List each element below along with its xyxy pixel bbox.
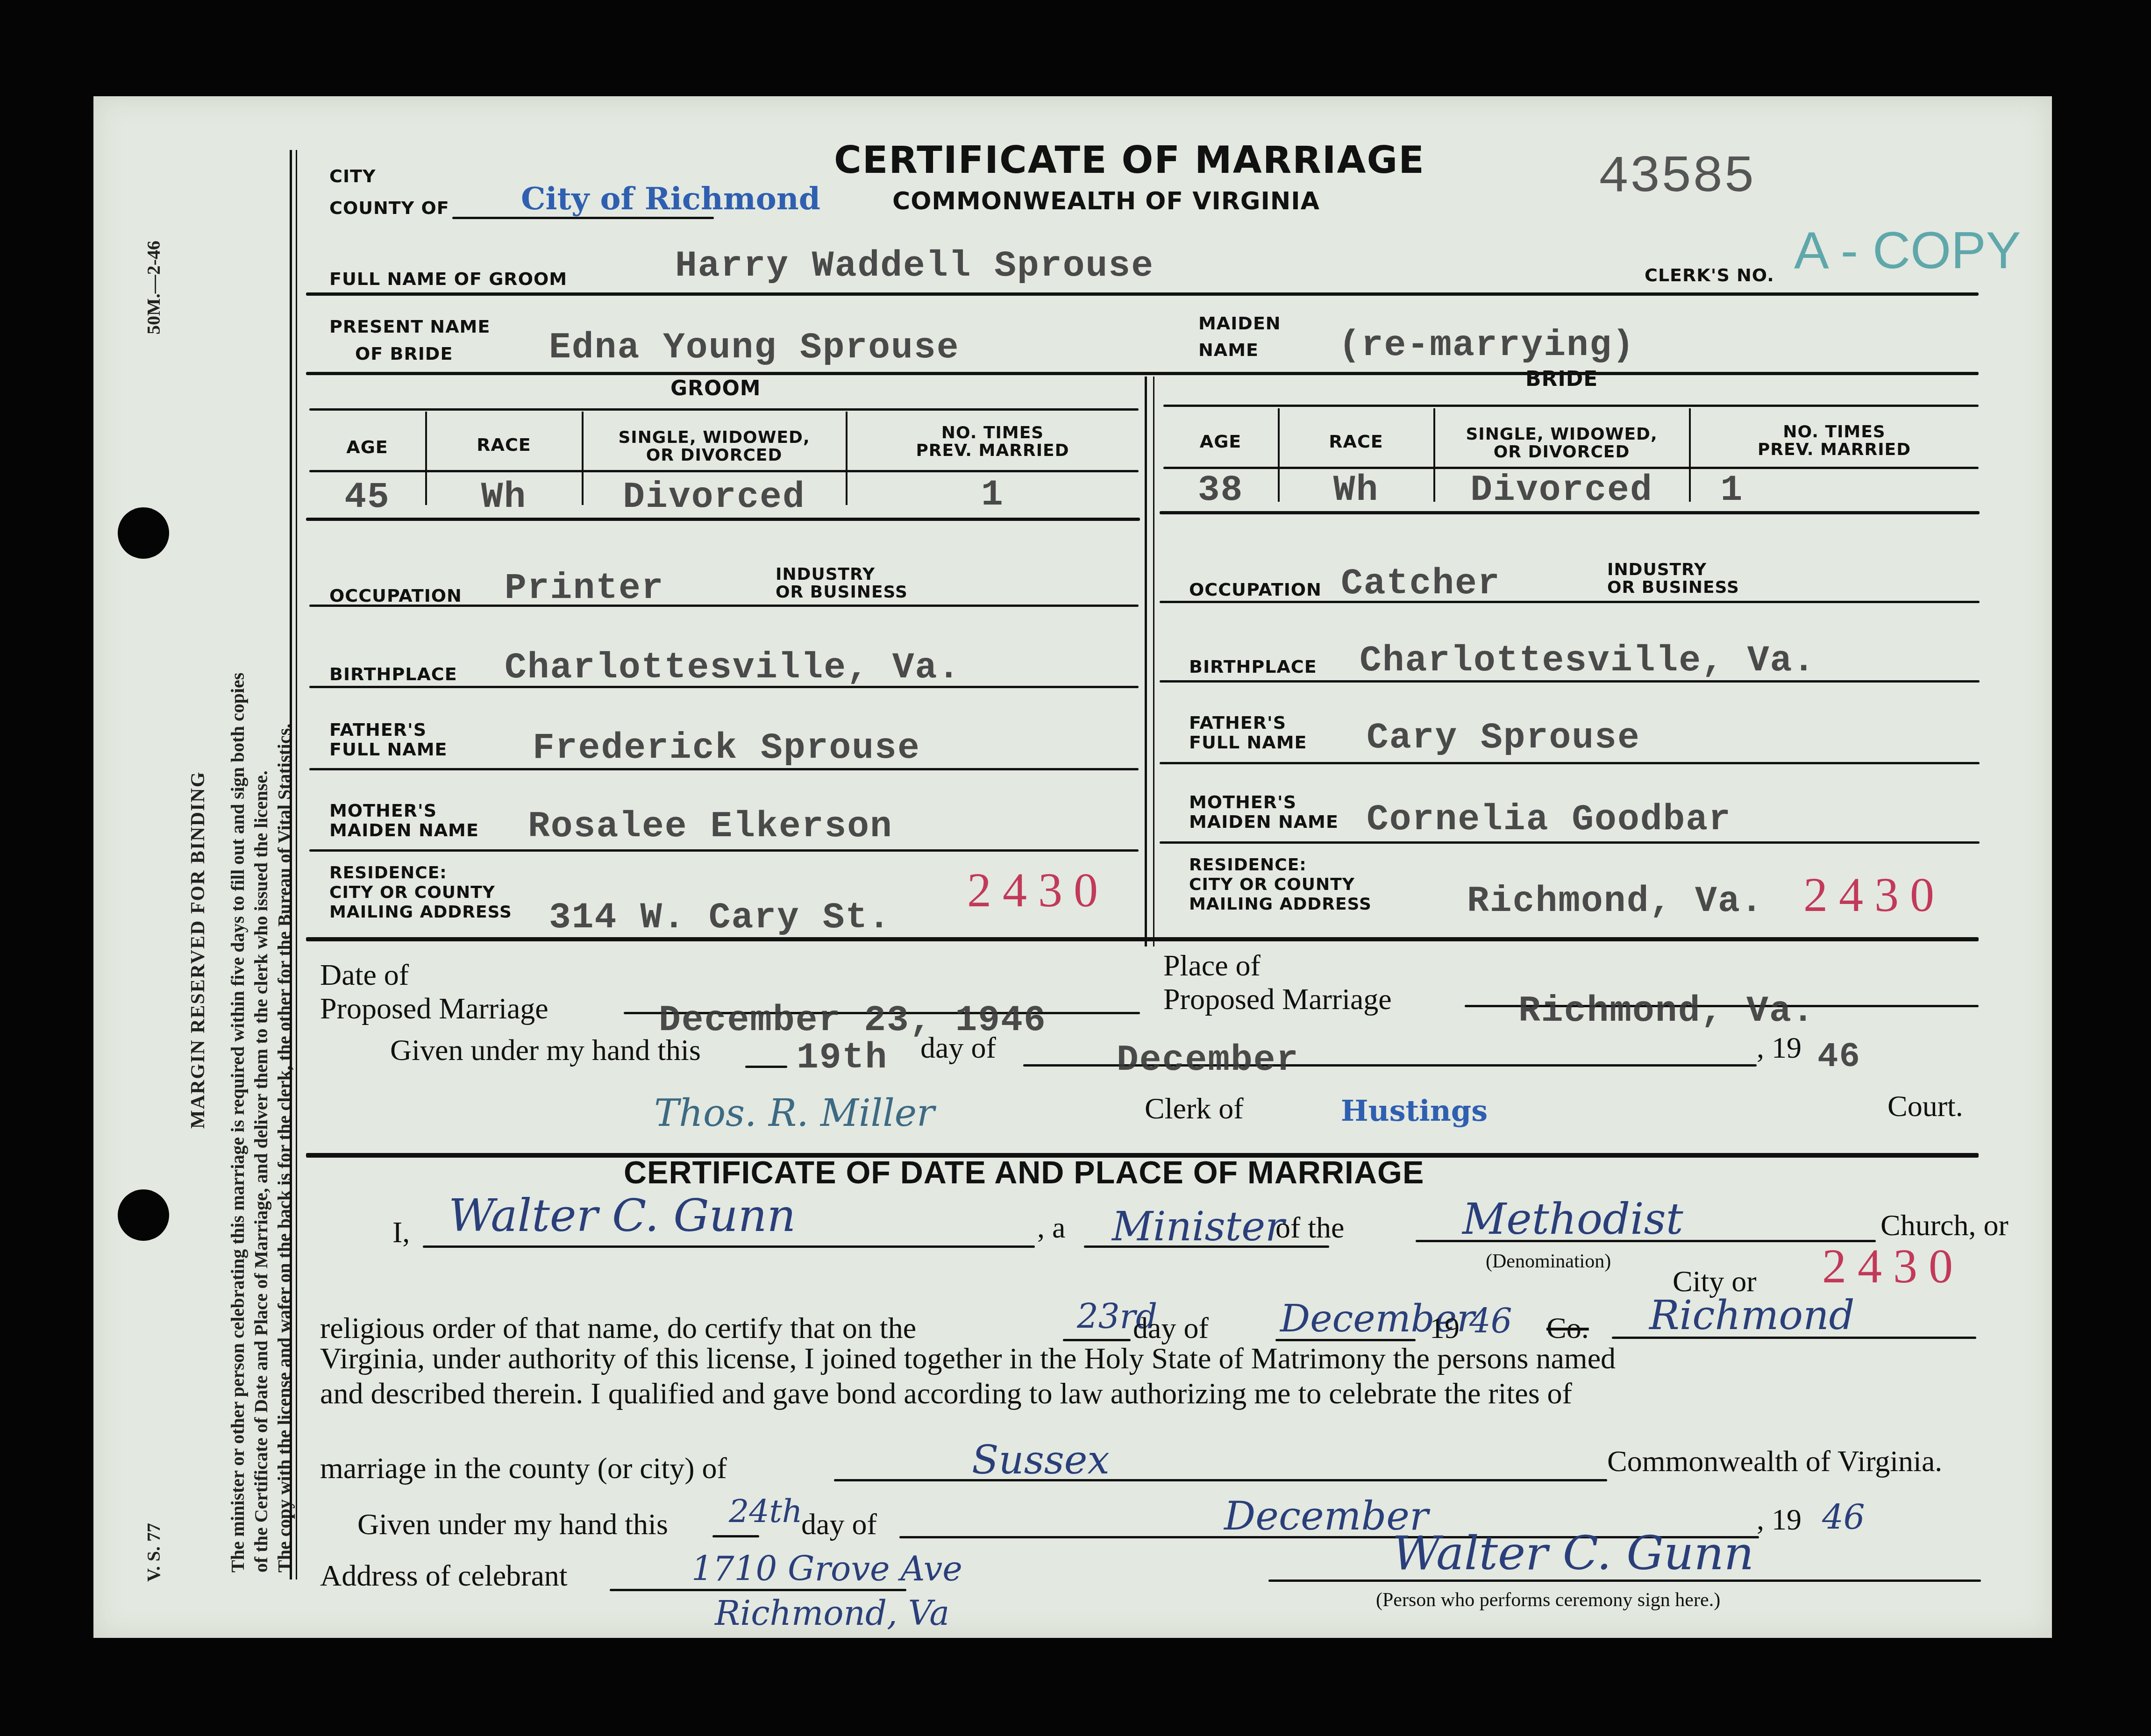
certificate-stamp: 2430 xyxy=(1822,1238,1964,1294)
groom-father-label: FATHER'SFULL NAME xyxy=(329,720,447,759)
groom-race: Wh xyxy=(426,477,582,518)
cert-given-day: 24th xyxy=(729,1493,803,1530)
of-the-label: of the xyxy=(1275,1210,1345,1245)
denomination-label: (Denomination) xyxy=(1486,1250,1611,1273)
binding-note: MARGIN RESERVED FOR BINDING xyxy=(187,771,209,1129)
sign-here-label: (Person who performs ceremony sign here.… xyxy=(1376,1589,1720,1611)
county-underline xyxy=(452,217,714,219)
mother-line2: MAIDEN NAME xyxy=(1189,812,1339,832)
address-label: Address of celebrant xyxy=(320,1558,568,1593)
cert-year-prefix: 19 xyxy=(1430,1311,1460,1345)
groom-mother: Rosalee Elkerson xyxy=(528,806,893,847)
bride-occupation: Catcher xyxy=(1341,563,1501,605)
margin-instruction-1: The minister or other person celebrating… xyxy=(227,673,249,1572)
status-header-line2: OR DIVORCED xyxy=(583,447,846,464)
mother-line1: MOTHER'S xyxy=(1189,792,1339,812)
groom-race-header: RACE xyxy=(426,435,582,455)
form-code: 50M.—2-46 xyxy=(142,241,164,334)
county-label: COUNTY OF xyxy=(329,198,449,218)
cert-given-day-of: day of xyxy=(801,1507,877,1542)
father-line2: FULL NAME xyxy=(329,740,447,759)
date-label-line1: Date of xyxy=(320,958,548,992)
groom-table-top xyxy=(309,408,1139,411)
cert-given-year: 46 xyxy=(1822,1498,1865,1537)
groom-times: 1 xyxy=(847,475,1139,516)
date-label-line2: Proposed Marriage xyxy=(320,992,548,1025)
groom-birthplace-label: BIRTHPLACE xyxy=(329,664,457,684)
bride-birthplace: Charlottesville, Va. xyxy=(1360,640,1816,682)
certify-text: religious order of that name, do certify… xyxy=(320,1311,916,1345)
residence-underline xyxy=(306,937,1979,941)
bride-age: 38 xyxy=(1163,470,1278,511)
groom-name-label: FULL NAME OF GROOM xyxy=(329,269,567,289)
county-text: marriage in the county (or city) of xyxy=(320,1451,727,1486)
license-day-underline xyxy=(745,1066,787,1068)
clerk-of-label: Clerk of xyxy=(1145,1091,1244,1126)
groom-mother-label: MOTHER'SMAIDEN NAME xyxy=(329,801,479,840)
copy-stamp: A - COPY xyxy=(1794,220,2021,280)
bride-mother-label: MOTHER'SMAIDEN NAME xyxy=(1189,792,1339,832)
status-header-line1: SINGLE, WIDOWED, xyxy=(583,429,846,447)
groom-father-underline xyxy=(309,768,1139,770)
i-label: I, xyxy=(392,1215,410,1250)
cert-given-day-underline xyxy=(712,1535,759,1537)
bride-father-label: FATHER'SFULL NAME xyxy=(1189,713,1307,752)
bride-name-label-1: PRESENT NAME xyxy=(329,317,490,336)
binding-hole-bottom xyxy=(118,1189,169,1241)
margin-rule-inner xyxy=(296,150,297,1579)
bride-row-underline xyxy=(1160,511,1980,514)
bride-father-underline xyxy=(1160,762,1980,764)
cert-given-year-prefix: , 19 xyxy=(1757,1502,1802,1537)
groom-bride-divider xyxy=(1145,377,1147,946)
residence-line2: CITY OR COUNTY xyxy=(1189,875,1372,895)
groom-times-header: NO. TIMESPREV. MARRIED xyxy=(847,424,1139,460)
bride-stamp: 2430 xyxy=(1803,867,1945,923)
groom-industry-label: INDUSTRYOR BUSINESS xyxy=(776,566,908,601)
industry-line1: INDUSTRY xyxy=(776,566,908,583)
groom-stamp: 2430 xyxy=(967,862,1109,918)
times-header-line1: NO. TIMES xyxy=(847,424,1139,442)
co-label: Co. xyxy=(1546,1311,1589,1345)
bride-residence: Richmond, Va. xyxy=(1467,881,1764,922)
city-label: CITY xyxy=(329,166,376,186)
bride-occupation-underline xyxy=(1160,601,1980,603)
groom-status: Divorced xyxy=(583,477,846,518)
residence-line3: MAILING ADDRESS xyxy=(329,903,512,922)
place-label: Place ofProposed Marriage xyxy=(1163,949,1392,1016)
document-title: CERTIFICATE OF MARRIAGE xyxy=(834,138,1425,182)
mother-line2: MAIDEN NAME xyxy=(329,820,479,840)
officiant-signature: Walter C. Gunn xyxy=(1392,1526,1754,1580)
license-year-prefix: , 19 xyxy=(1757,1031,1802,1065)
groom-birthplace: Charlottesville, Va. xyxy=(505,647,961,689)
maiden-value: (re-marrying) xyxy=(1339,325,1635,366)
times-header-line2: PREV. MARRIED xyxy=(847,442,1139,460)
address-line-2: Richmond, Va xyxy=(715,1594,949,1633)
certificate-page: 50M.—2-46 V. S. 77 MARGIN RESERVED FOR B… xyxy=(93,96,2052,1638)
groom-residence-label: RESIDENCE:CITY OR COUNTYMAILING ADDRESS xyxy=(329,863,512,922)
father-line1: FATHER'S xyxy=(1189,713,1307,733)
bride-table-top xyxy=(1163,405,1979,407)
cert-given-prefix: Given under my hand this xyxy=(357,1507,668,1542)
residence-line1: RESIDENCE: xyxy=(1189,855,1372,875)
bride-mother-underline xyxy=(1160,841,1980,844)
binding-hole-top xyxy=(118,507,169,559)
document-subtitle: COMMONWEALTH OF VIRGINIA xyxy=(892,187,1320,215)
place-label-line2: Proposed Marriage xyxy=(1163,982,1392,1016)
bride-age-header: AGE xyxy=(1163,432,1278,451)
certificate-number: 43585 xyxy=(1598,148,1755,207)
court-name: Hustings xyxy=(1341,1094,1488,1128)
industry-line1: INDUSTRY xyxy=(1607,561,1739,579)
times-header-line2: PREV. MARRIED xyxy=(1690,441,1979,459)
industry-line2: OR BUSINESS xyxy=(1607,579,1739,597)
clerk-no-label: CLERK'S NO. xyxy=(1645,265,1774,285)
status-header-line1: SINGLE, WIDOWED, xyxy=(1434,426,1689,443)
place-label-line1: Place of xyxy=(1163,949,1392,982)
cert-place-value: Richmond xyxy=(1649,1292,1855,1339)
groom-status-header: SINGLE, WIDOWED,OR DIVORCED xyxy=(583,429,846,464)
place-value: Richmond, Va. xyxy=(1518,991,1815,1032)
denomination-value: Methodist xyxy=(1462,1194,1683,1244)
certificate-section-title: CERTIFICATE OF DATE AND PLACE OF MARRIAG… xyxy=(624,1154,1424,1191)
bride-race-header: RACE xyxy=(1279,432,1433,451)
bride-industry-label: INDUSTRYOR BUSINESS xyxy=(1607,561,1739,597)
groom-name-underline xyxy=(306,292,1979,296)
commonwealth-label: Commonwealth of Virginia. xyxy=(1607,1444,1942,1479)
county-value: City of Richmond xyxy=(521,180,820,217)
vs-code: V. S. 77 xyxy=(142,1523,164,1582)
status-header-line2: OR DIVORCED xyxy=(1434,443,1689,461)
residence-line1: RESIDENCE: xyxy=(329,863,512,883)
license-given-prefix: Given under my hand this xyxy=(390,1033,701,1067)
certificate-stamp-number: 2430 xyxy=(1822,1239,1964,1293)
clerk-signature: Thos. R. Miller xyxy=(654,1091,934,1135)
a-label: , a xyxy=(1037,1210,1065,1245)
certify-text-3: and described therein. I qualified and g… xyxy=(320,1376,1572,1411)
bride-header-underline xyxy=(1163,467,1979,469)
church-or-label: Church, or xyxy=(1880,1208,2009,1243)
margin-rule xyxy=(290,150,292,1579)
residence-line3: MAILING ADDRESS xyxy=(1189,895,1372,914)
cert-year-value: 46 xyxy=(1469,1302,1512,1341)
cert-county-underline xyxy=(834,1479,1607,1481)
groom-name-value: Harry Waddell Sprouse xyxy=(675,246,1154,287)
officiant-underline xyxy=(423,1245,1035,1248)
bride-birthplace-label: BIRTHPLACE xyxy=(1189,657,1317,676)
father-line1: FATHER'S xyxy=(329,720,447,740)
groom-occupation-underline xyxy=(309,605,1139,607)
bride-times-header: NO. TIMESPREV. MARRIED xyxy=(1690,423,1979,459)
cert-day-of: day of xyxy=(1133,1311,1209,1345)
maiden-label-1: MAIDEN xyxy=(1198,313,1281,333)
groom-header-underline xyxy=(309,470,1139,472)
bride-times: 1 xyxy=(1690,470,1774,511)
margin-instruction-2: of the Certificate of Date and Place of … xyxy=(250,770,272,1572)
license-day-of: day of xyxy=(920,1031,996,1065)
groom-birthplace-underline xyxy=(309,686,1139,688)
bride-name-value: Edna Young Sprouse xyxy=(549,327,960,369)
address-underline xyxy=(610,1589,906,1591)
maiden-label-2: NAME xyxy=(1198,340,1259,360)
license-given-day: 19th xyxy=(797,1038,888,1079)
times-header-line1: NO. TIMES xyxy=(1690,423,1979,441)
officiant-name: Walter C. Gunn xyxy=(449,1189,796,1242)
mother-line1: MOTHER'S xyxy=(329,801,479,820)
bride-father: Cary Sprouse xyxy=(1367,718,1640,759)
bride-occupation-label: OCCUPATION xyxy=(1189,580,1322,599)
groom-occupation-label: OCCUPATION xyxy=(329,586,462,605)
groom-age: 45 xyxy=(309,477,425,518)
bride-name-label-2: OF BRIDE xyxy=(355,344,453,363)
license-given-year: 46 xyxy=(1817,1038,1861,1077)
address-line-1: 1710 Grove Ave xyxy=(691,1549,962,1588)
cert-county-value: Sussex xyxy=(972,1437,1110,1483)
groom-occupation: Printer xyxy=(505,568,664,609)
bride-birthplace-underline xyxy=(1160,680,1980,683)
groom-heading: GROOM xyxy=(670,377,761,400)
father-line2: FULL NAME xyxy=(1189,733,1307,752)
groom-residence: 314 W. Cary St. xyxy=(549,897,891,939)
industry-line2: OR BUSINESS xyxy=(776,583,908,601)
bride-residence-label: RESIDENCE:CITY OR COUNTYMAILING ADDRESS xyxy=(1189,855,1372,914)
bride-stamp-number: 2430 xyxy=(1803,868,1945,922)
groom-mother-underline xyxy=(309,849,1139,852)
groom-stamp-number: 2430 xyxy=(967,863,1109,917)
bride-name-underline xyxy=(306,372,1979,375)
license-given-month: December xyxy=(1117,1040,1299,1081)
date-label: Date ofProposed Marriage xyxy=(320,958,548,1025)
residence-line2: CITY OR COUNTY xyxy=(329,883,512,903)
groom-father: Frederick Sprouse xyxy=(533,728,920,769)
bride-mother: Cornelia Goodbar xyxy=(1367,799,1731,840)
court-label: Court. xyxy=(1887,1089,1963,1124)
bride-status-header: SINGLE, WIDOWED,OR DIVORCED xyxy=(1434,426,1689,461)
certify-text-2: Virginia, under authority of this licens… xyxy=(320,1341,1616,1376)
groom-age-header: AGE xyxy=(309,437,425,457)
groom-row-underline xyxy=(306,518,1140,521)
bride-status: Divorced xyxy=(1434,470,1689,511)
officiant-title: Minister xyxy=(1112,1203,1284,1250)
bride-race: Wh xyxy=(1279,470,1433,511)
groom-bride-divider-inner xyxy=(1153,377,1154,946)
bride-heading: BRIDE xyxy=(1525,367,1598,391)
